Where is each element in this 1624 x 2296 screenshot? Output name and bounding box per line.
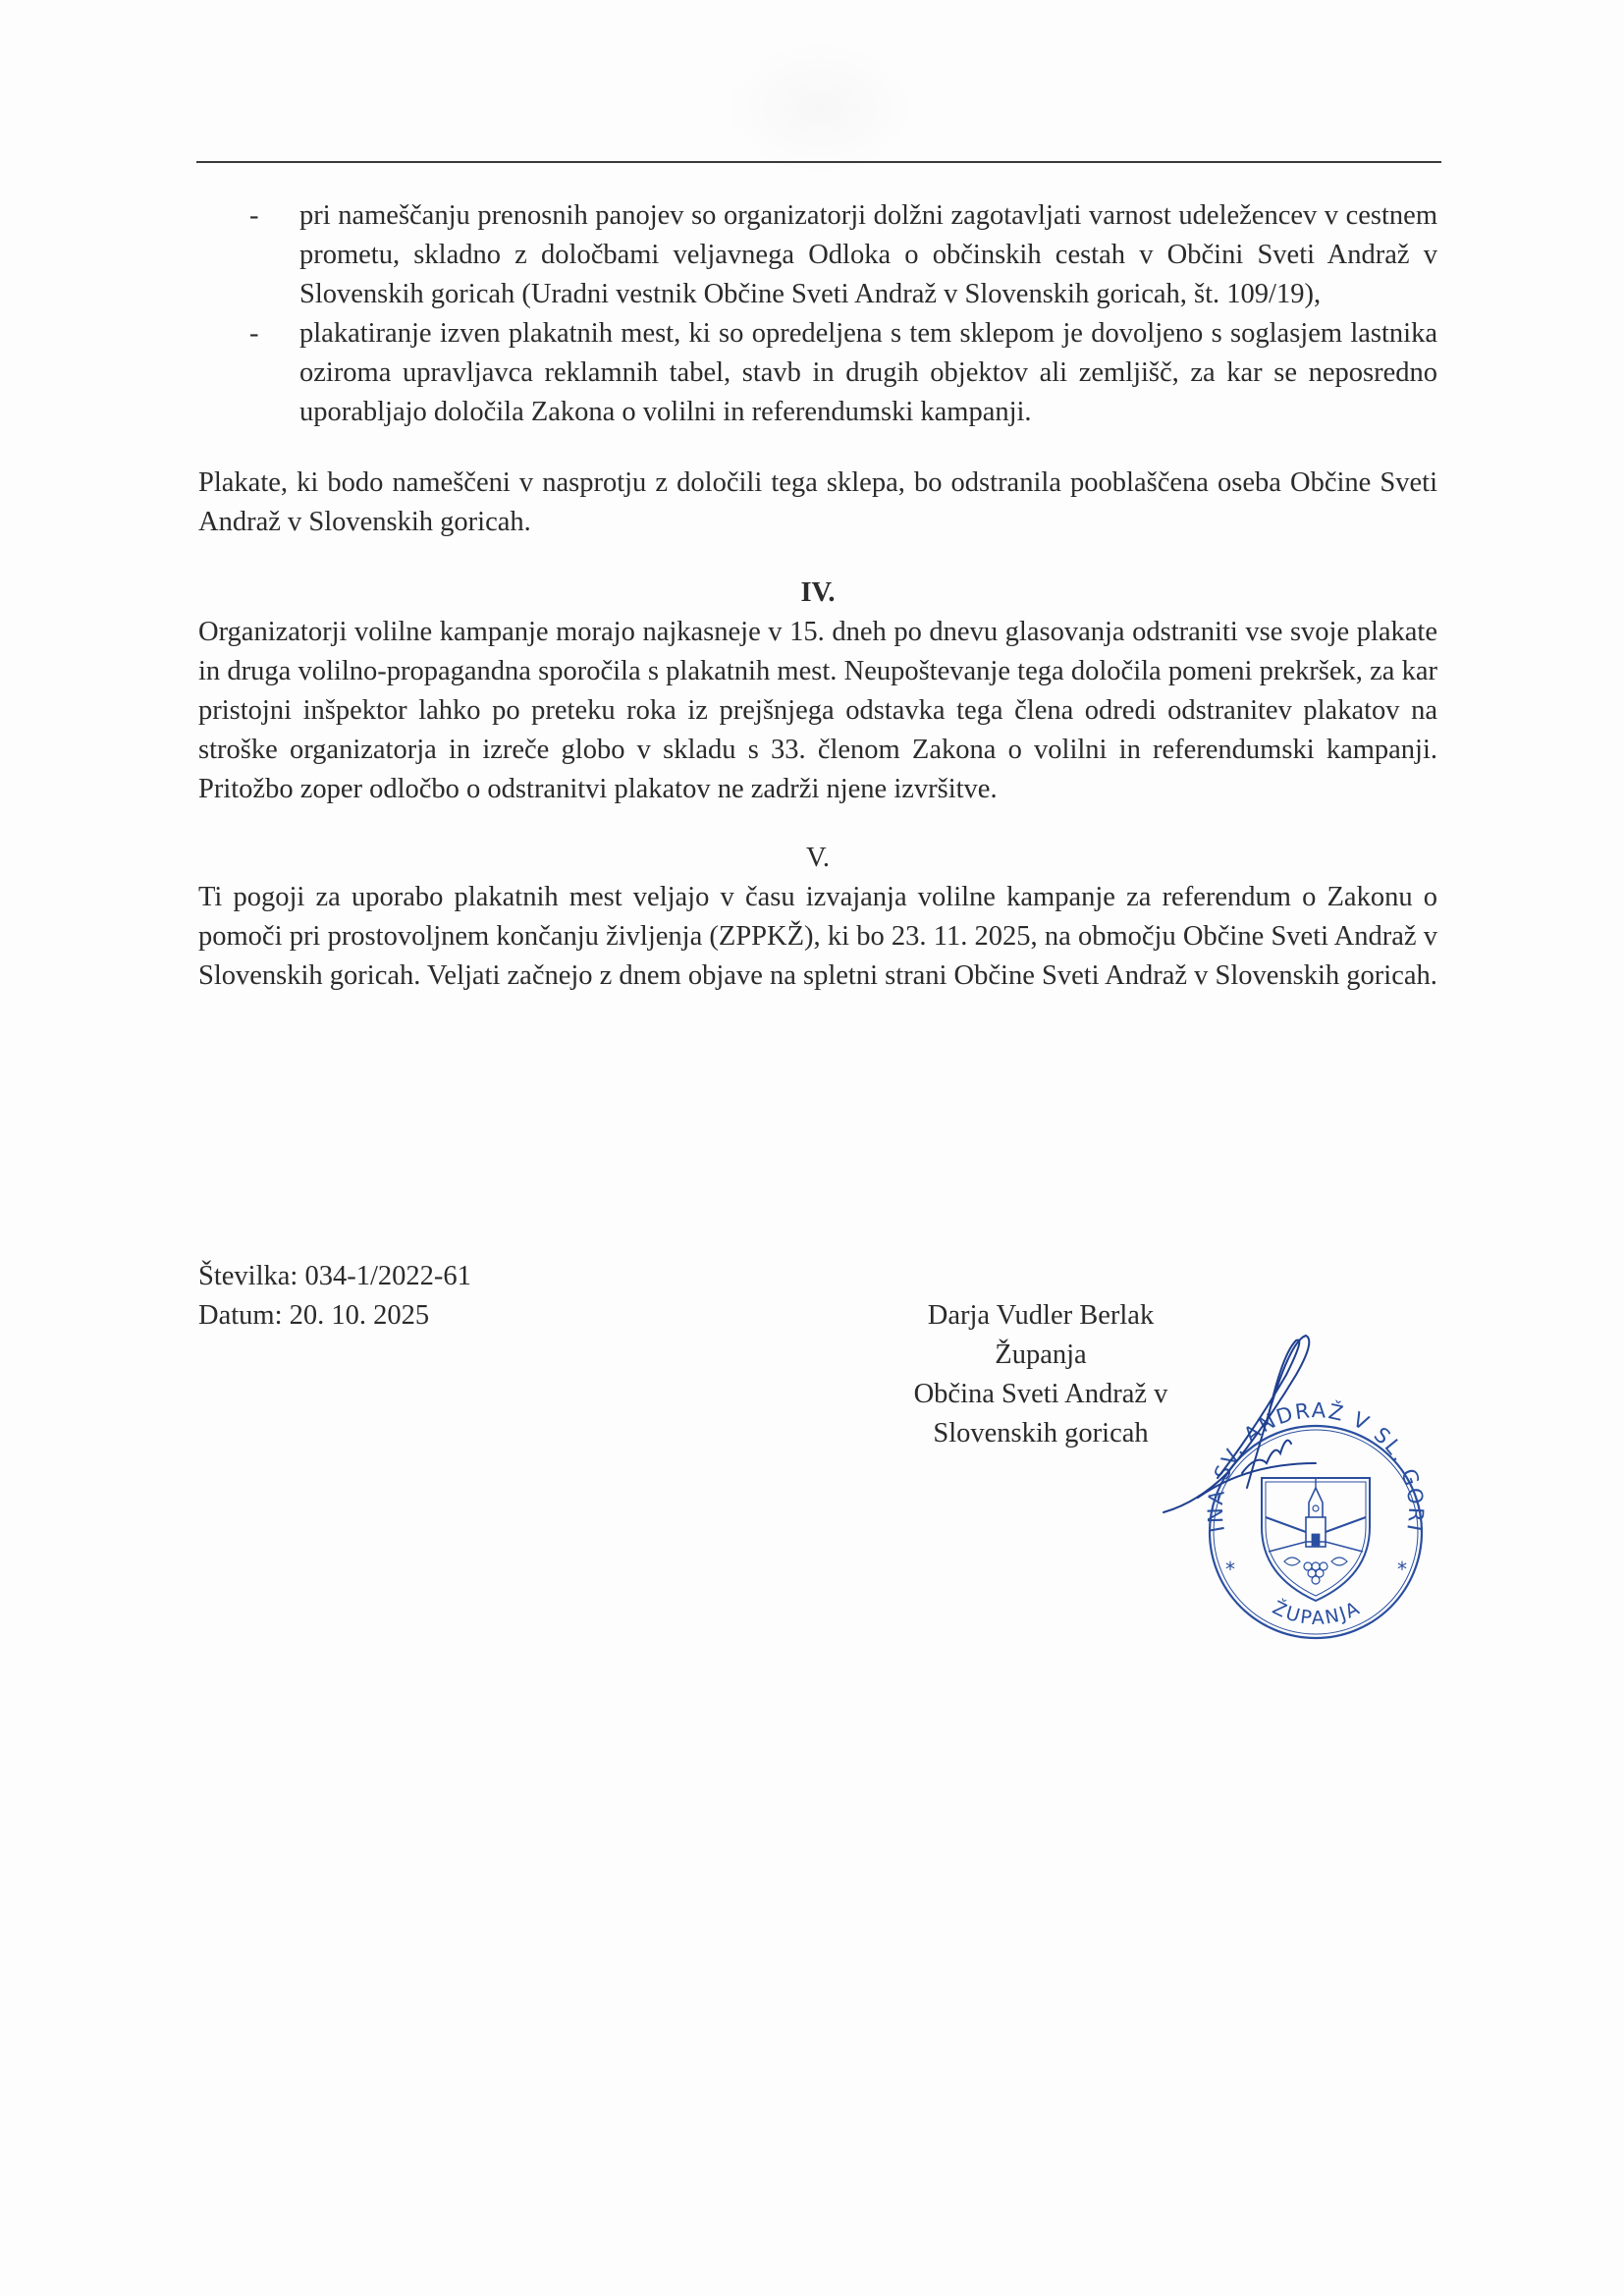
list-item-text: pri nameščanju prenosnih panojev so orga… bbox=[299, 200, 1437, 309]
list-item: - pri nameščanju prenosnih panojev so or… bbox=[198, 196, 1437, 314]
official-stamp: OBČINA SV. ANDRAŽ V SL. GORICAH ŽUPANJA … bbox=[1159, 1316, 1483, 1689]
bullet-dash: - bbox=[249, 314, 259, 354]
section-v-heading: V. bbox=[198, 809, 1437, 878]
conditions-list: - pri nameščanju prenosnih panojev so or… bbox=[198, 196, 1437, 432]
document-meta: Številka: 034-1/2022-61 Datum: 20. 10. 2… bbox=[198, 1257, 471, 1336]
scan-show-through bbox=[722, 39, 918, 177]
section-v-text: Ti pogoji za uporabo plakatnih mest velj… bbox=[198, 878, 1437, 996]
bullet-dash: - bbox=[249, 196, 259, 236]
stamp-star-icon: * bbox=[1225, 1558, 1235, 1581]
signatory-org-line1: Občina Sveti Andraž v bbox=[884, 1375, 1198, 1414]
section-iv-heading: IV. bbox=[198, 542, 1437, 613]
signatory-name: Darja Vudler Berlak bbox=[884, 1296, 1198, 1336]
document-body: - pri nameščanju prenosnih panojev so or… bbox=[198, 196, 1437, 996]
removal-paragraph: Plakate, ki bodo nameščeni v nasprotju z… bbox=[198, 464, 1437, 542]
document-date: Datum: 20. 10. 2025 bbox=[198, 1296, 471, 1336]
header-rule bbox=[196, 161, 1441, 163]
document-number: Številka: 034-1/2022-61 bbox=[198, 1257, 471, 1296]
list-item: - plakatiranje izven plakatnih mest, ki … bbox=[198, 314, 1437, 432]
signature-block: Darja Vudler Berlak Županja Občina Sveti… bbox=[884, 1296, 1198, 1453]
list-item-text: plakatiranje izven plakatnih mest, ki so… bbox=[299, 318, 1437, 427]
signatory-title: Županja bbox=[884, 1336, 1198, 1375]
signatory-org-line2: Slovenskih goricah bbox=[884, 1414, 1198, 1453]
stamp-star-icon: * bbox=[1397, 1558, 1407, 1581]
section-iv-text: Organizatorji volilne kampanje morajo na… bbox=[198, 613, 1437, 809]
